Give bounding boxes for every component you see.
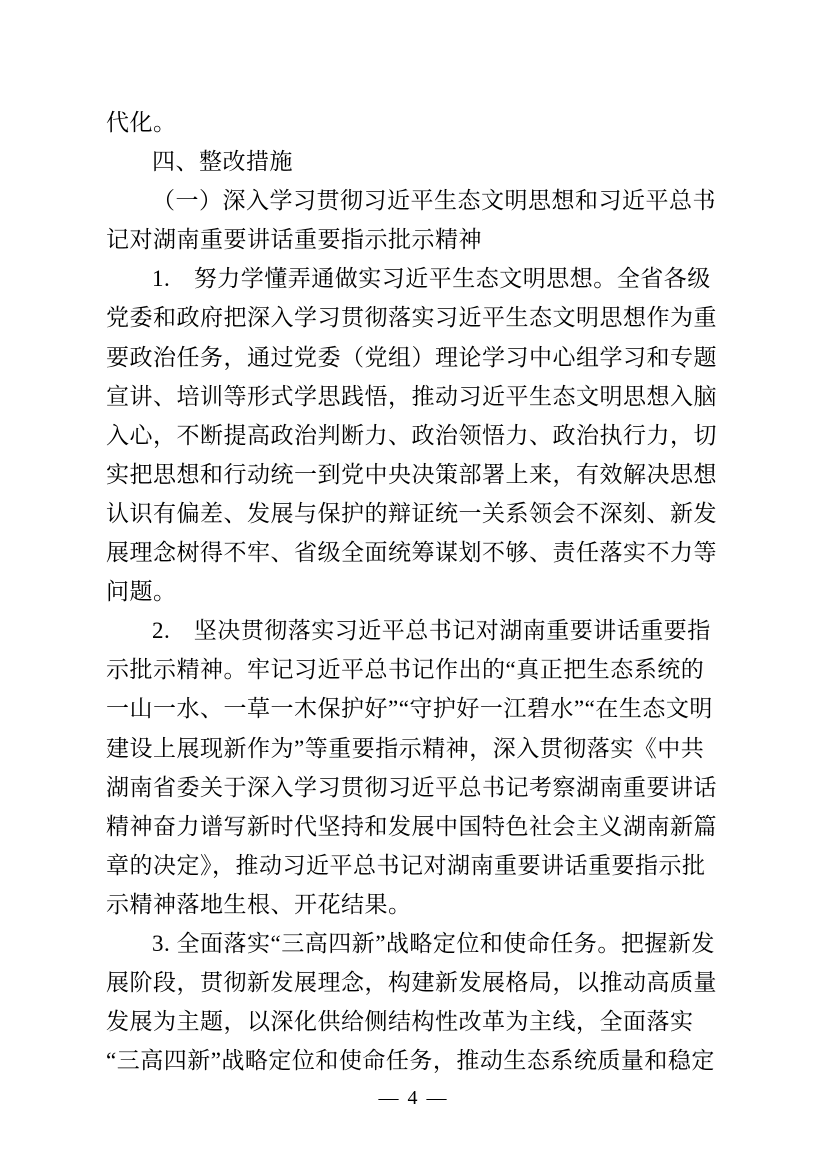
text-line: 要政治任务，通过党委（党组）理论学习中心组学习和专题 — [106, 338, 722, 377]
text-line: 四、整改措施 — [106, 142, 722, 181]
text-line: 代化。 — [106, 103, 722, 142]
text-line: 示精神落地生根、开花结果。 — [106, 885, 722, 924]
document-body: 代化。四、整改措施（一）深入学习贯彻习近平生态文明思想和习近平总书记对湖南重要讲… — [106, 103, 722, 1080]
text-line: （一）深入学习贯彻习近平生态文明思想和习近平总书 — [106, 181, 722, 220]
text-line: “三高四新”战略定位和使命任务，推动生态系统质量和稳定 — [106, 1041, 722, 1080]
text-line: 一山一水、一草一木保护好”“守护好一江碧水”“在生态文明 — [106, 689, 722, 728]
text-line: 3. 全面落实“三高四新”战略定位和使命任务。把握新发 — [106, 924, 722, 963]
text-line: 实把思想和行动统一到党中央决策部署上来，有效解决思想 — [106, 455, 722, 494]
text-line: 1. 努力学懂弄通做实习近平生态文明思想。全省各级 — [106, 259, 722, 298]
text-line: 党委和政府把深入学习贯彻落实习近平生态文明思想作为重 — [106, 298, 722, 337]
text-line: 发展为主题，以深化供给侧结构性改革为主线，全面落实 — [106, 1002, 722, 1041]
text-line: 展理念树得不牢、省级全面统筹谋划不够、责任落实不力等 — [106, 533, 722, 572]
text-line: 展阶段，贯彻新发展理念，构建新发展格局，以推动高质量 — [106, 963, 722, 1002]
text-line: 湖南省委关于深入学习贯彻习近平总书记考察湖南重要讲话 — [106, 768, 722, 807]
text-line: 章的决定》，推动习近平总书记对湖南重要讲话重要指示批 — [106, 846, 722, 885]
text-line: 建设上展现新作为”等重要指示精神，深入贯彻落实《中共 — [106, 729, 722, 768]
page-number: — 4 — — [0, 1086, 827, 1110]
text-line: 宣讲、培训等形式学思践悟，推动习近平生态文明思想入脑 — [106, 377, 722, 416]
text-line: 问题。 — [106, 572, 722, 611]
text-line: 入心，不断提高政治判断力、政治领悟力、政治执行力，切 — [106, 416, 722, 455]
text-line: 示批示精神。牢记习近平总书记作出的“真正把生态系统的 — [106, 650, 722, 689]
text-line: 记对湖南重要讲话重要指示批示精神 — [106, 220, 722, 259]
document-page: 代化。四、整改措施（一）深入学习贯彻习近平生态文明思想和习近平总书记对湖南重要讲… — [0, 0, 827, 1169]
text-line: 认识有偏差、发展与保护的辩证统一关系领会不深刻、新发 — [106, 494, 722, 533]
text-line: 2. 坚决贯彻落实习近平总书记对湖南重要讲话重要指 — [106, 611, 722, 650]
text-line: 精神奋力谱写新时代坚持和发展中国特色社会主义湖南新篇 — [106, 807, 722, 846]
